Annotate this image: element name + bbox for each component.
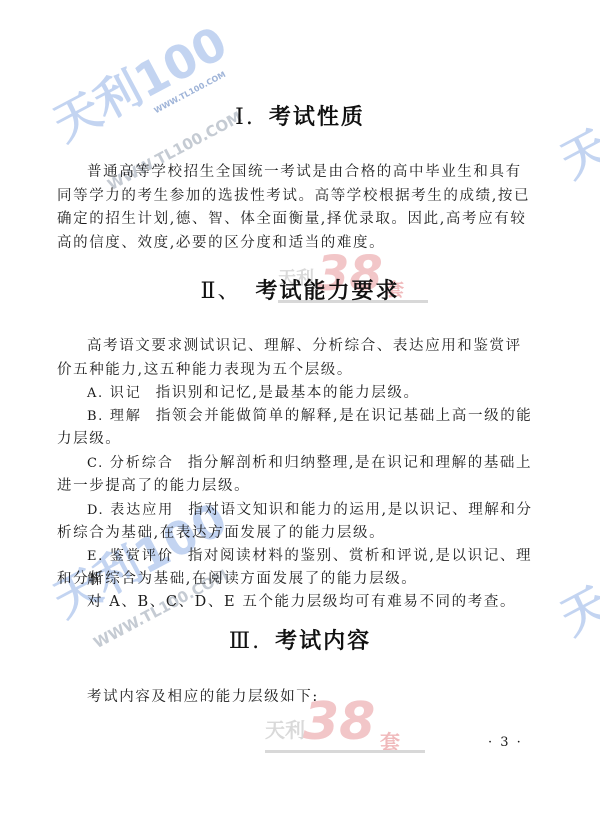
- watermark-text: 套: [380, 726, 400, 755]
- section-2-heading: Ⅱ、考试能力要求: [0, 274, 600, 305]
- level-name: 分析综合: [110, 455, 174, 471]
- section-2-numeral: Ⅱ、: [201, 279, 242, 304]
- section-1-title: 考试性质: [269, 104, 365, 130]
- level-b: B.理解指领会并能做简单的解释,是在识记基础上高一级的能: [87, 405, 537, 429]
- level-b-continued: 力层级。: [57, 428, 537, 452]
- watermark-text: 天利: [265, 714, 305, 743]
- watermark-underline: [265, 750, 425, 753]
- level-letter: A.: [87, 386, 104, 401]
- section-3-heading: Ⅲ.考试内容: [0, 624, 600, 655]
- watermark-tl38-lower: 天利 38 套: [265, 700, 425, 764]
- section-3-numeral: Ⅲ.: [229, 629, 261, 654]
- level-letter: E.: [87, 549, 104, 564]
- level-desc: 指领会并能做简单的解释,是在识记基础上高一级的能: [156, 408, 533, 424]
- level-a: A.识记指识别和记忆,是最基本的能力层级。: [87, 382, 537, 406]
- level-desc: 指分解剖析和归纳整理,是在识记和理解的基础上: [188, 455, 532, 471]
- section-3-title: 考试内容: [275, 628, 371, 654]
- level-letter: B.: [87, 409, 104, 424]
- section-2-intro: 高考语文要求测试识记、理解、分析综合、表达应用和鉴赏评价五种能力,这五种能力表现…: [57, 335, 537, 382]
- watermark-text: 天利100: [44, 16, 235, 152]
- level-e-continued: 和分析综合为基础,在阅读方面发展了的能力层级。: [57, 568, 537, 592]
- watermark-tl100-logo: 天利100: [40, 8, 237, 155]
- level-c: C.分析综合指分解剖析和归纳整理,是在识记和理解的基础上: [87, 452, 537, 476]
- level-letter: C.: [87, 456, 104, 471]
- level-c-continued: 进一步提高了的能力层级。: [57, 475, 537, 499]
- level-desc: 指对语文知识和能力的运用,是以识记、理解和分: [188, 502, 532, 518]
- section-2-title: 考试能力要求: [255, 278, 399, 304]
- page-number: · 3 ·: [488, 735, 523, 750]
- level-d-continued: 析综合为基础,在表达方面发展了的能力层级。: [57, 522, 537, 546]
- level-letter: D.: [87, 503, 104, 518]
- section-1-numeral: Ⅰ.: [235, 105, 255, 130]
- section-1-heading: Ⅰ.考试性质: [0, 100, 600, 131]
- section-3-intro: 考试内容及相应的能力层级如下:: [87, 686, 537, 710]
- section-1-paragraph: 普通高等学校招生全国统一考试是由合格的高中毕业生和具有同等学力的考生参加的选拔性…: [57, 161, 537, 255]
- section-2-closing: 对 A、B、C、D、E 五个能力层级均可有难易不同的考查。: [87, 591, 537, 615]
- level-name: 识记: [110, 385, 142, 401]
- level-name: 鉴赏评价: [110, 548, 174, 564]
- level-name: 表达应用: [110, 502, 174, 518]
- level-name: 理解: [110, 408, 142, 424]
- level-desc: 指识别和记忆,是最基本的能力层级。: [156, 385, 420, 401]
- level-d: D.表达应用指对语文知识和能力的运用,是以识记、理解和分: [87, 499, 537, 523]
